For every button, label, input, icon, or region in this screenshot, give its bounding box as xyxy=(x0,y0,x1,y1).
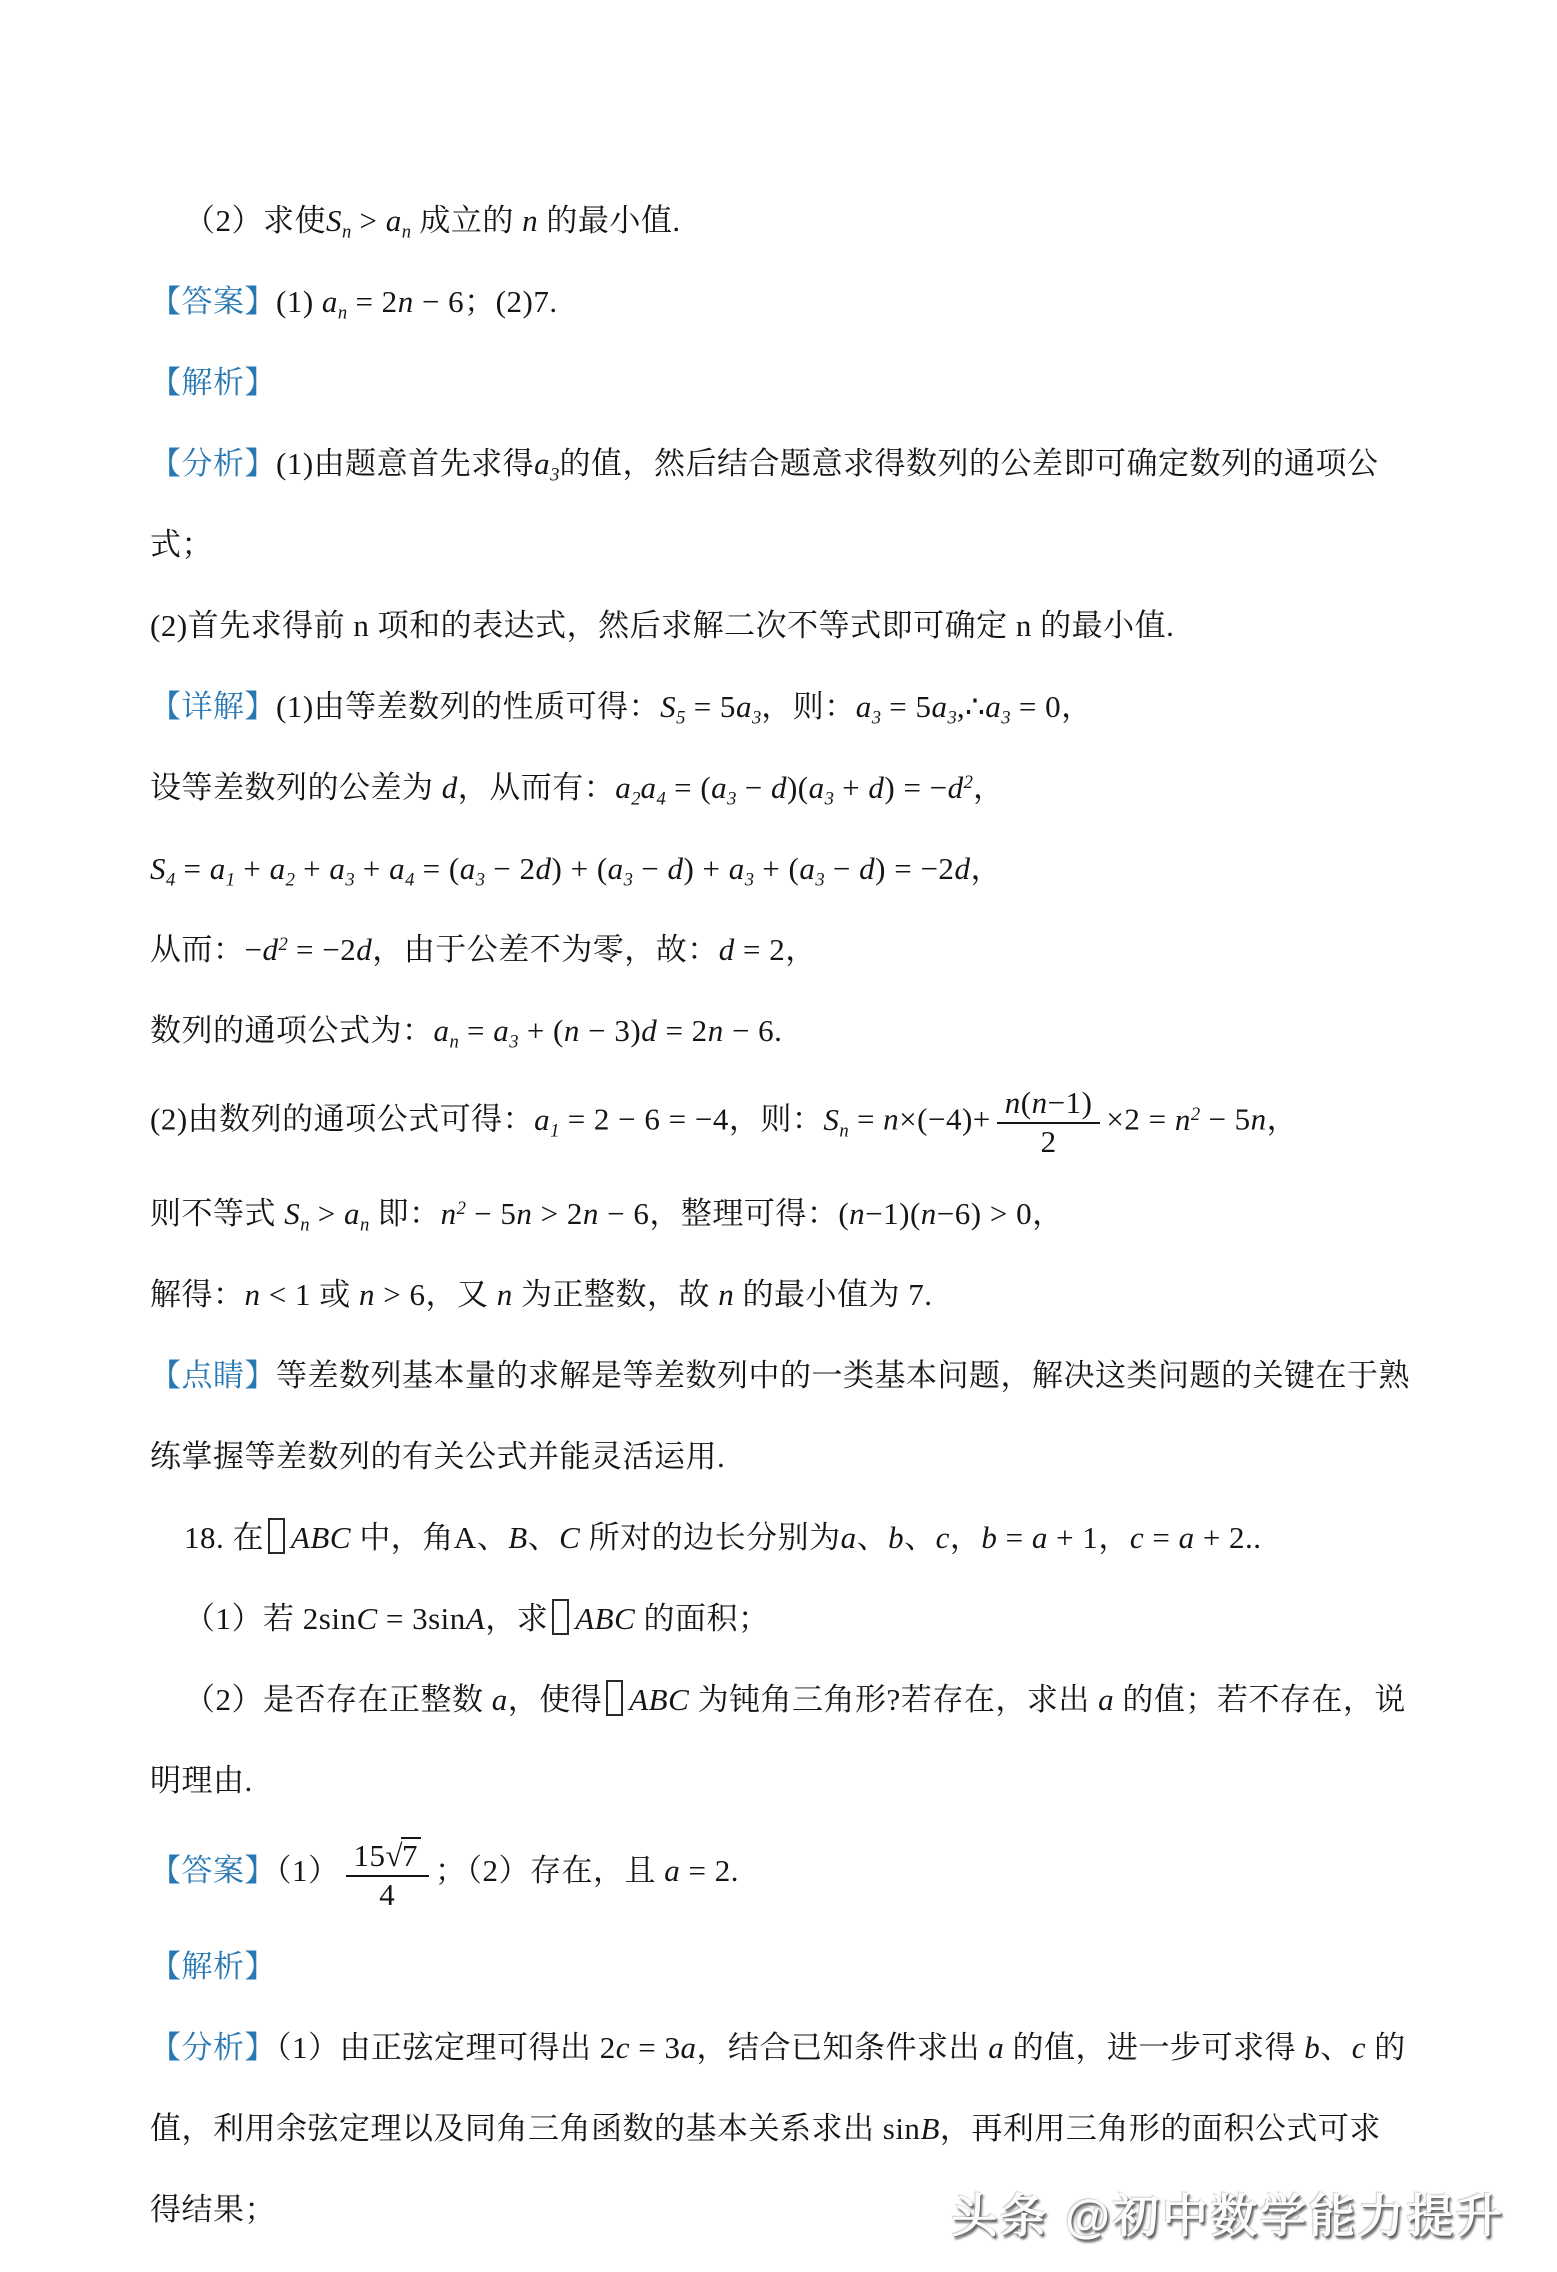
math-run: a3 xyxy=(534,446,559,481)
section-label: 【详解】 xyxy=(150,689,276,724)
math-run: ×2 = xyxy=(1106,1102,1174,1137)
text-run: 的值，然后结合题意求得数列的公差即可确定数列的通项公 xyxy=(559,446,1378,481)
math-run: = 2 xyxy=(657,1013,707,1048)
math-run: a3 xyxy=(985,689,1010,724)
text-run: （1）若 xyxy=(184,1601,303,1636)
math-run: )( xyxy=(787,770,809,805)
radicand: 7 xyxy=(401,1837,421,1873)
math-run: 2 xyxy=(600,2030,616,2065)
math-run: b xyxy=(888,1520,904,1555)
math-run: = xyxy=(1144,1520,1178,1555)
math-run: d xyxy=(356,932,372,967)
answer-17: 【答案】(1) an = 2n − 6；(2)7. xyxy=(150,277,1417,327)
missing-glyph-box xyxy=(268,1518,285,1554)
subscript: 2 xyxy=(631,789,640,810)
math-run: ) = −2 xyxy=(875,851,954,886)
math-run: c xyxy=(1352,2030,1366,2065)
text-run: ， xyxy=(785,932,817,967)
math-run: C xyxy=(559,1520,580,1555)
math-run: = ( xyxy=(666,770,711,805)
text-run: . xyxy=(731,1853,739,1888)
math-run: > xyxy=(310,1196,344,1231)
fraction-denominator: 2 xyxy=(997,1124,1101,1159)
math-run: d xyxy=(868,770,884,805)
detail-17-line5: 数列的通项公式为：an = a3 + (n − 3)d = 2n − 6. xyxy=(150,1006,1417,1056)
subscript: n xyxy=(450,1032,459,1053)
math-run: −1) xyxy=(1048,1085,1093,1120)
text-run: ， xyxy=(970,851,1002,886)
text-run: （2）是否存在正整数 xyxy=(184,1682,492,1717)
math-run: c xyxy=(1130,1520,1144,1555)
subscript: 3 xyxy=(948,708,957,729)
math-run: Sn xyxy=(823,1102,848,1137)
math-run: = xyxy=(997,1520,1031,1555)
math-run: = xyxy=(459,1013,493,1048)
text-run: ，从而有： xyxy=(458,770,616,805)
math-run: + xyxy=(235,851,269,886)
q18-part2-line2: 明理由. xyxy=(150,1756,1417,1806)
math-run: a3 xyxy=(729,851,754,886)
detail-17-line8: 解得：n < 1 或 n > 6，又 n 为正整数，故 n 的最小值为 7. xyxy=(150,1270,1417,1320)
section-label: 【点睛】 xyxy=(150,1358,276,1393)
math-run: = 2 − 6 = −4 xyxy=(559,1102,728,1137)
text-run: 由题意首先求得 xyxy=(314,446,535,481)
math-run: 15 xyxy=(354,1838,386,1873)
math-run: −6) > 0 xyxy=(937,1196,1032,1231)
math-run: n xyxy=(718,1277,734,1312)
math-run: > 2 xyxy=(532,1196,582,1231)
math-run: c xyxy=(616,2030,630,2065)
text-run: 从而： xyxy=(150,932,245,967)
text-run: 值，利用余弦定理以及同角三角函数的基本关系求出 xyxy=(150,2111,883,2146)
text-run: 、 xyxy=(857,1520,889,1555)
superscript: 2 xyxy=(278,934,287,955)
text-run: 的最小值. xyxy=(538,203,681,238)
detail-17-line7: 则不等式 Sn > an 即：n2 − 5n > 2n − 6，整理可得：(n−… xyxy=(150,1189,1417,1239)
text-run: ，求 xyxy=(485,1601,548,1636)
subscript: 3 xyxy=(624,870,633,891)
math-run: −1)( xyxy=(865,1196,921,1231)
math-run: + ( xyxy=(754,851,799,886)
analysis-17-line1: 【分析】(1)由题意首先求得a3的值，然后结合题意求得数列的公差即可确定数列的通… xyxy=(150,439,1417,489)
subscript: 3 xyxy=(476,870,485,891)
watermark: 头条 @初中数学能力提升 xyxy=(951,2180,1505,2246)
math-run: c xyxy=(936,1520,950,1555)
text-run: 18. 在 xyxy=(184,1520,264,1555)
math-run: − xyxy=(825,851,859,886)
math-run: = 3 xyxy=(630,2030,680,2065)
math-run: n xyxy=(497,1277,513,1312)
text-run: 数列的通项公式为： xyxy=(150,1013,434,1048)
math-run: − 2 xyxy=(485,851,535,886)
text-run: ，则： xyxy=(761,689,856,724)
math-run: A xyxy=(466,1601,485,1636)
analysis-18-line2: 值，利用余弦定理以及同角三角函数的基本关系求出 sinB，再利用三角形的面积公式… xyxy=(150,2104,1417,2154)
math-run: .. xyxy=(1245,1520,1262,1555)
math-run: − xyxy=(245,932,263,967)
math-run: a3 xyxy=(711,770,736,805)
math-run: an xyxy=(322,284,347,319)
math-run: ) + ( xyxy=(552,851,608,886)
text-run: ；（2）存在，且 xyxy=(435,1853,664,1888)
math-run: ×(−4)+ xyxy=(899,1102,991,1137)
analysis-17-line2: 式； xyxy=(150,520,1417,570)
text-run: 由数列的通项公式可得： xyxy=(188,1102,535,1137)
analysis-header-17: 【解析】 xyxy=(150,358,1417,408)
math-run: a xyxy=(681,2030,697,2065)
subscript: 3 xyxy=(752,708,761,729)
math-run: d xyxy=(667,851,683,886)
subscript: n xyxy=(338,303,347,324)
text-run: 为钝角三角形?若存在，求出 xyxy=(689,1682,1098,1717)
fraction-numerator: n(n−1) xyxy=(997,1087,1101,1124)
text-run: 、 xyxy=(528,1520,560,1555)
text-run: (2)首先求得前 n 项和的表达式，然后求解二次不等式即可确定 n 的最小值. xyxy=(150,608,1174,643)
math-run: an xyxy=(434,1013,459,1048)
radical: √7 xyxy=(386,1838,422,1873)
subscript: n xyxy=(342,222,351,243)
math-run: d xyxy=(771,770,787,805)
math-run: + ( xyxy=(519,1013,564,1048)
math-run: a xyxy=(988,2030,1004,2065)
math-run: n xyxy=(359,1277,375,1312)
text-run: ，又 xyxy=(425,1277,496,1312)
subscript: 3 xyxy=(345,870,354,891)
text-run: ，则： xyxy=(729,1102,824,1137)
math-run: − 6 xyxy=(599,1196,649,1231)
text-run: 得结果； xyxy=(150,2192,276,2227)
math-run: (1) xyxy=(276,284,322,319)
subscript: n xyxy=(402,222,411,243)
math-run: (2)7. xyxy=(496,284,558,319)
math-run: a3 xyxy=(329,851,354,886)
math-run: (1) xyxy=(276,689,314,724)
text-run: ， xyxy=(950,1520,982,1555)
math-run: d xyxy=(719,932,735,967)
q18-stem: 18. 在ABC 中，角A、B、C 所对的边长分别为a、b、c，b = a + … xyxy=(150,1513,1417,1563)
fraction-numerator: 15√7 xyxy=(346,1837,430,1877)
text-run: 由等差数列的性质可得： xyxy=(314,689,661,724)
missing-glyph-box xyxy=(606,1680,623,1716)
math-run: d xyxy=(954,851,970,886)
math-run: a xyxy=(492,1682,508,1717)
subscript: 4 xyxy=(166,870,175,891)
math-run: 4 xyxy=(379,1877,395,1912)
text-run: 即： xyxy=(369,1196,440,1231)
math-run: + xyxy=(355,851,389,886)
subscript: 3 xyxy=(509,1032,518,1053)
section-label: 【答案】 xyxy=(150,1853,276,1888)
text-run: ； xyxy=(464,284,496,319)
text-run: ， xyxy=(1267,1102,1299,1137)
math-run: ABC xyxy=(291,1520,351,1555)
math-run: 2 xyxy=(1041,1124,1057,1159)
math-run: n xyxy=(849,1196,865,1231)
subscript: 4 xyxy=(657,789,666,810)
math-run: a1 xyxy=(534,1102,559,1137)
math-run: n xyxy=(245,1277,261,1312)
detail-17-line4: 从而：−d2 = −2d，由于公差不为零，故：d = 2， xyxy=(150,925,1417,975)
subscript: 3 xyxy=(825,789,834,810)
math-run: an xyxy=(386,203,411,238)
text-run: ， xyxy=(973,770,1005,805)
section-label: 【解析】 xyxy=(150,365,276,400)
math-run: n xyxy=(708,1013,724,1048)
math-run: ) = − xyxy=(884,770,947,805)
math-run: a xyxy=(664,1853,680,1888)
text-run: 的最小值为 7. xyxy=(734,1277,932,1312)
math-run: a3 xyxy=(932,689,957,724)
math-run: S4 xyxy=(150,851,175,886)
math-run: − 6 xyxy=(724,1013,774,1048)
subscript: 3 xyxy=(1001,708,1010,729)
text-run: 则不等式 xyxy=(150,1196,284,1231)
q18-part2-line1: （2）是否存在正整数 a，使得ABC 为钝角三角形?若存在，求出 a 的值；若不… xyxy=(150,1675,1417,1725)
text-run: 明理由. xyxy=(150,1763,253,1798)
math-run: b xyxy=(981,1520,997,1555)
math-run: Sn xyxy=(284,1196,309,1231)
math-run: ,∴ xyxy=(957,689,985,724)
subscript: 3 xyxy=(815,870,824,891)
math-run: a xyxy=(1179,1520,1195,1555)
text-run: ， xyxy=(1098,1520,1130,1555)
section-label: 【解析】 xyxy=(150,1949,276,1984)
math-run: + 2 xyxy=(1195,1520,1245,1555)
text-run: ，再利用三角形的面积公式可求 xyxy=(940,2111,1381,2146)
section-label: 【分析】 xyxy=(150,446,276,481)
math-run: = ( xyxy=(414,851,459,886)
math-run: n xyxy=(1251,1102,1267,1137)
text-run: 的值；若不存在，说 xyxy=(1114,1682,1406,1717)
subscript: n xyxy=(300,1215,309,1236)
subscript: 3 xyxy=(872,708,881,729)
math-run: a2 xyxy=(615,770,640,805)
math-run: a4 xyxy=(389,851,414,886)
text-run: ，结合已知条件求出 xyxy=(697,2030,989,2065)
text-run: 所对的边长分别为 xyxy=(580,1520,840,1555)
math-run: < 1 xyxy=(261,1277,311,1312)
math-run: d xyxy=(641,1013,657,1048)
math-run: d xyxy=(536,851,552,886)
math-run: an xyxy=(344,1196,369,1231)
text-run: ，由于公差不为零，故： xyxy=(372,932,719,967)
text-run: 解得： xyxy=(150,1277,245,1312)
math-run: a3 xyxy=(460,851,485,886)
math-run: ( xyxy=(838,1196,849,1231)
tip-17-line2: 练掌握等差数列的有关公式并能灵活运用. xyxy=(150,1432,1417,1482)
math-run: (1) xyxy=(276,446,314,481)
math-run: a3 xyxy=(809,770,834,805)
math-run: n2 xyxy=(1175,1102,1200,1137)
superscript: 2 xyxy=(1191,1103,1200,1124)
fraction: n(n−1)2 xyxy=(997,1087,1101,1158)
math-run: + xyxy=(834,770,868,805)
analysis-header-18: 【解析】 xyxy=(150,1942,1417,1992)
math-run: − 5 xyxy=(466,1196,516,1231)
subscript: 2 xyxy=(286,870,295,891)
math-run: n xyxy=(522,203,538,238)
text-run: ， xyxy=(1032,1196,1064,1231)
text-run: 的值，进一步可求得 xyxy=(1004,2030,1304,2065)
math-run: n xyxy=(1005,1085,1021,1120)
math-run: d2 xyxy=(262,932,287,967)
text-run: 、 xyxy=(904,1520,936,1555)
text-run: 为正整数，故 xyxy=(513,1277,719,1312)
math-run: a xyxy=(1098,1682,1114,1717)
math-run: b xyxy=(1304,2030,1320,2065)
math-run: − 3) xyxy=(580,1013,641,1048)
text-run: 设等差数列的公差为 xyxy=(150,770,442,805)
math-run: = 3sin xyxy=(378,1601,466,1636)
math-run: ) + xyxy=(683,851,728,886)
text-run: 等差数列基本量的求解是等差数列中的一类基本问题，解决这类问题的关键在于熟 xyxy=(276,1358,1410,1393)
math-run: 2sin xyxy=(303,1601,357,1636)
subscript: 3 xyxy=(745,870,754,891)
subscript: n xyxy=(360,1215,369,1236)
math-run: n xyxy=(516,1196,532,1231)
math-run: a3 xyxy=(856,689,881,724)
math-run: − 5 xyxy=(1200,1102,1250,1137)
math-run: = −2 xyxy=(288,932,356,967)
text-run: 中，角A、 xyxy=(351,1520,508,1555)
detail-17-line2: 设等差数列的公差为 d，从而有：a2a4 = (a3 − d)(a3 + d) … xyxy=(150,763,1417,813)
document-page: （2）求使Sn > an 成立的 n 的最小值.【答案】(1) an = 2n … xyxy=(0,0,1557,2235)
math-run: − xyxy=(633,851,667,886)
text-run: ，使得 xyxy=(508,1682,603,1717)
math-run: (2) xyxy=(150,1102,188,1137)
math-run: n xyxy=(398,284,414,319)
math-run: n xyxy=(583,1196,599,1231)
math-run: ( xyxy=(1021,1085,1032,1120)
math-run: n xyxy=(564,1013,580,1048)
text-run: ，整理可得： xyxy=(649,1196,838,1231)
text-run: （2）求使 xyxy=(184,203,326,238)
text-run: 成立的 xyxy=(411,203,522,238)
detail-17-line6: (2)由数列的通项公式可得：a1 = 2 − 6 = −4，则：Sn = n×(… xyxy=(150,1087,1417,1158)
math-run: = 5 xyxy=(685,689,735,724)
fraction: 15√74 xyxy=(346,1837,430,1911)
math-run: n xyxy=(1032,1085,1048,1120)
math-run: d2 xyxy=(948,770,973,805)
superscript: 2 xyxy=(964,772,973,793)
math-run: n2 xyxy=(441,1196,466,1231)
text-run: 或 xyxy=(311,1277,359,1312)
section-label: 【分析】 xyxy=(150,2030,276,2065)
math-run: a3 xyxy=(736,689,761,724)
text-run: 式； xyxy=(150,527,213,562)
detail-17-line3: S4 = a1 + a2 + a3 + a4 = (a3 − 2d) + (a3… xyxy=(150,844,1417,894)
math-run: a3 xyxy=(493,1013,518,1048)
missing-glyph-box xyxy=(552,1599,569,1635)
text-run: 练掌握等差数列的有关公式并能灵活运用. xyxy=(150,1439,725,1474)
subscript: 1 xyxy=(226,870,235,891)
analysis-17-line3: (2)首先求得前 n 项和的表达式，然后求解二次不等式即可确定 n 的最小值. xyxy=(150,601,1417,651)
math-run: = 2 xyxy=(735,932,785,967)
math-run: sin xyxy=(883,2111,921,2146)
q18-part1: （1）若 2sinC = 3sinA，求ABC 的面积； xyxy=(150,1594,1417,1644)
math-run: a xyxy=(1032,1520,1048,1555)
subscript: n xyxy=(839,1120,848,1141)
math-run: + xyxy=(295,851,329,886)
math-run: = xyxy=(849,1102,883,1137)
math-run: a3 xyxy=(608,851,633,886)
superscript: 2 xyxy=(457,1198,466,1219)
section-label: 【答案】 xyxy=(150,284,276,319)
math-run: a1 xyxy=(210,851,235,886)
math-run: a3 xyxy=(799,851,824,886)
math-run: = xyxy=(175,851,209,886)
analysis-18-line1: 【分析】（1）由正弦定理可得出 2c = 3a，结合已知条件求出 a 的值，进一… xyxy=(150,2023,1417,2073)
tip-17-line1: 【点睛】等差数列基本量的求解是等差数列中的一类基本问题，解决这类问题的关键在于熟 xyxy=(150,1351,1417,1401)
math-run: − xyxy=(736,770,770,805)
math-run: C xyxy=(356,1601,377,1636)
math-run: B xyxy=(508,1520,527,1555)
math-run: ABC xyxy=(629,1682,689,1717)
fraction-denominator: 4 xyxy=(346,1877,430,1912)
answer-18: 【答案】（1）15√74；（2）存在，且 a = 2. xyxy=(150,1837,1417,1911)
math-run: Sn xyxy=(326,203,351,238)
math-run: ABC xyxy=(575,1601,635,1636)
math-run: B xyxy=(920,2111,939,2146)
text-run: 的面积； xyxy=(635,1601,769,1636)
math-run: = 0 xyxy=(1011,689,1061,724)
text-run: . xyxy=(774,1013,782,1048)
text-run: ， xyxy=(1061,689,1093,724)
text-run: 、 xyxy=(1320,2030,1352,2065)
math-run: a xyxy=(841,1520,857,1555)
detail-17-line1: 【详解】(1)由等差数列的性质可得：S5 = 5a3，则：a3 = 5a3,∴a… xyxy=(150,682,1417,732)
math-run: d xyxy=(442,770,458,805)
math-run: a2 xyxy=(270,851,295,886)
math-run: n xyxy=(883,1102,899,1137)
document-body: （2）求使Sn > an 成立的 n 的最小值.【答案】(1) an = 2n … xyxy=(150,196,1417,2235)
math-run: a4 xyxy=(641,770,666,805)
math-run: = 2 xyxy=(347,284,397,319)
math-run: S5 xyxy=(660,689,685,724)
q17-part2: （2）求使Sn > an 成立的 n 的最小值. xyxy=(150,196,1417,246)
math-run: = 2 xyxy=(680,1853,730,1888)
math-run: − 6 xyxy=(414,284,464,319)
math-run: + 1 xyxy=(1048,1520,1098,1555)
text-run: （1）由正弦定理可得出 xyxy=(276,2030,600,2065)
math-run: = 5 xyxy=(881,689,931,724)
math-run: > xyxy=(351,203,385,238)
math-run: > 6 xyxy=(375,1277,425,1312)
text-run: 的 xyxy=(1366,2030,1406,2065)
math-run: d xyxy=(859,851,875,886)
text-run: （1） xyxy=(276,1853,340,1888)
math-run: n xyxy=(921,1196,937,1231)
